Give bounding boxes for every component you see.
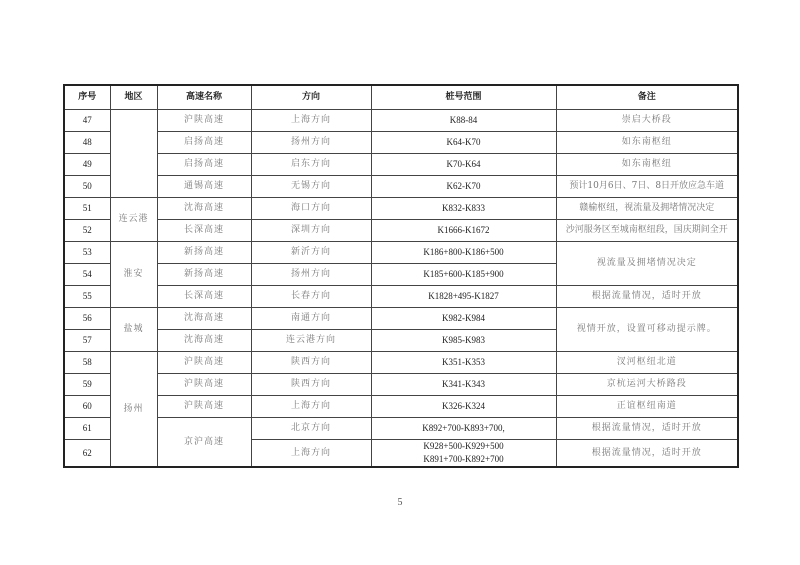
highway-name: 新扬高速 (157, 264, 251, 286)
direction: 扬州方向 (251, 132, 371, 154)
highway-name: 新扬高速 (157, 242, 251, 264)
stake-range: K64-K70 (371, 132, 556, 154)
direction: 上海方向 (251, 440, 371, 468)
direction: 长春方向 (251, 286, 371, 308)
direction: 扬州方向 (251, 264, 371, 286)
row-number: 58 (64, 352, 110, 374)
region-lianyungang: 连云港 (110, 198, 157, 242)
highway-name: 沪陕高速 (157, 374, 251, 396)
highway-name: 沈海高速 (157, 198, 251, 220)
table-row: 56 盐城 沈海高速 南通方向 K982-K984 视情开放，设置可移动提示牌。 (64, 308, 738, 330)
stake-range: K928+500-K929+500 K891+700-K892+700 (371, 440, 556, 468)
row-number: 54 (64, 264, 110, 286)
highway-name: 京沪高速 (157, 418, 251, 468)
highway-name: 沈海高速 (157, 308, 251, 330)
table-row: 60 沪陕高速 上海方向 K326-K324 正谊枢纽南道 (64, 396, 738, 418)
row-number: 52 (64, 220, 110, 242)
highway-name: 长深高速 (157, 220, 251, 242)
highway-name: 沪陕高速 (157, 352, 251, 374)
region-huaian: 淮安 (110, 242, 157, 308)
table-row: 53 淮安 新扬高速 新沂方向 K186+800-K186+500 视流量及拥堵… (64, 242, 738, 264)
highway-name: 沈海高速 (157, 330, 251, 352)
highway-emergency-lane-table: 序号 地区 高速名称 方向 桩号范围 备注 47 沪陕高速 上海方向 K88-8… (63, 84, 739, 468)
table-row: 48 启扬高速 扬州方向 K64-K70 如东南枢纽 (64, 132, 738, 154)
stake-range: K62-K70 (371, 176, 556, 198)
stake-range: K892+700-K893+700, (371, 418, 556, 440)
header-number: 序号 (64, 85, 110, 110)
table-row: 47 沪陕高速 上海方向 K88-84 崇启大桥段 (64, 110, 738, 132)
table-row: 59 沪陕高速 陕西方向 K341-K343 京杭运河大桥路段 (64, 374, 738, 396)
row-number: 62 (64, 440, 110, 468)
highway-name: 启扬高速 (157, 154, 251, 176)
stake-range: K1666-K1672 (371, 220, 556, 242)
highway-name: 启扬高速 (157, 132, 251, 154)
stake-range: K186+800-K186+500 (371, 242, 556, 264)
header-stake-range: 桩号范围 (371, 85, 556, 110)
row-number: 56 (64, 308, 110, 330)
table-row: 50 通锡高速 无锡方向 K62-K70 预计10月6日、7日、8日开放应急车道 (64, 176, 738, 198)
direction: 陕西方向 (251, 352, 371, 374)
direction: 启东方向 (251, 154, 371, 176)
row-number: 57 (64, 330, 110, 352)
table-row: 58 扬州 沪陕高速 陕西方向 K351-K353 汊河枢纽北道 (64, 352, 738, 374)
stake-range: K351-K353 (371, 352, 556, 374)
row-number: 49 (64, 154, 110, 176)
remarks: 根据流量情况，适时开放 (556, 440, 738, 468)
remarks: 如东南枢纽 (556, 154, 738, 176)
table-row: 51 连云港 沈海高速 海口方向 K832-K833 赣榆枢纽，视流量及拥堵情况… (64, 198, 738, 220)
stake-range-line-2: K891+700-K892+700 (372, 453, 556, 466)
stake-range: K70-K64 (371, 154, 556, 176)
stake-range: K88-84 (371, 110, 556, 132)
stake-range: K832-K833 (371, 198, 556, 220)
row-number: 51 (64, 198, 110, 220)
remarks: 预计10月6日、7日、8日开放应急车道 (556, 176, 738, 198)
table-row: 55 长深高速 长春方向 K1828+495-K1827 根据流量情况，适时开放 (64, 286, 738, 308)
region-yangzhou: 扬州 (110, 352, 157, 468)
header-remarks: 备注 (556, 85, 738, 110)
table-row: 61 京沪高速 北京方向 K892+700-K893+700, 根据流量情况，适… (64, 418, 738, 440)
direction: 上海方向 (251, 110, 371, 132)
page-number: 5 (0, 497, 800, 508)
row-number: 59 (64, 374, 110, 396)
remarks: 如东南枢纽 (556, 132, 738, 154)
direction: 陕西方向 (251, 374, 371, 396)
remarks: 赣榆枢纽，视流量及拥堵情况决定 (556, 198, 738, 220)
direction: 新沂方向 (251, 242, 371, 264)
remarks: 京杭运河大桥路段 (556, 374, 738, 396)
remarks: 汊河枢纽北道 (556, 352, 738, 374)
direction: 深圳方向 (251, 220, 371, 242)
stake-range: K326-K324 (371, 396, 556, 418)
direction: 连云港方向 (251, 330, 371, 352)
remarks: 根据流量情况，适时开放 (556, 418, 738, 440)
table-row: 49 启扬高速 启东方向 K70-K64 如东南枢纽 (64, 154, 738, 176)
direction: 海口方向 (251, 198, 371, 220)
stake-range: K982-K984 (371, 308, 556, 330)
remarks: 正谊枢纽南道 (556, 396, 738, 418)
stake-range: K985-K983 (371, 330, 556, 352)
header-direction: 方向 (251, 85, 371, 110)
region-cell-empty (110, 110, 157, 198)
direction: 上海方向 (251, 396, 371, 418)
row-number: 48 (64, 132, 110, 154)
row-number: 53 (64, 242, 110, 264)
row-number: 47 (64, 110, 110, 132)
row-number: 61 (64, 418, 110, 440)
header-highway-name: 高速名称 (157, 85, 251, 110)
table-header-row: 序号 地区 高速名称 方向 桩号范围 备注 (64, 85, 738, 110)
remarks: 沙河服务区至城南枢纽段，国庆期间全开 (556, 220, 738, 242)
table-row: 52 长深高速 深圳方向 K1666-K1672 沙河服务区至城南枢纽段，国庆期… (64, 220, 738, 242)
row-number: 60 (64, 396, 110, 418)
region-yancheng: 盐城 (110, 308, 157, 352)
remarks: 根据流量情况，适时开放 (556, 286, 738, 308)
remarks: 视情开放，设置可移动提示牌。 (556, 308, 738, 352)
row-number: 55 (64, 286, 110, 308)
remarks: 视流量及拥堵情况决定 (556, 242, 738, 286)
row-number: 50 (64, 176, 110, 198)
stake-range: K341-K343 (371, 374, 556, 396)
stake-range: K185+600-K185+900 (371, 264, 556, 286)
highway-name: 沪陕高速 (157, 396, 251, 418)
stake-range: K1828+495-K1827 (371, 286, 556, 308)
stake-range-line-1: K928+500-K929+500 (372, 440, 556, 453)
remarks: 崇启大桥段 (556, 110, 738, 132)
highway-name: 通锡高速 (157, 176, 251, 198)
highway-name: 沪陕高速 (157, 110, 251, 132)
direction: 南通方向 (251, 308, 371, 330)
highway-name: 长深高速 (157, 286, 251, 308)
direction: 北京方向 (251, 418, 371, 440)
direction: 无锡方向 (251, 176, 371, 198)
header-region: 地区 (110, 85, 157, 110)
